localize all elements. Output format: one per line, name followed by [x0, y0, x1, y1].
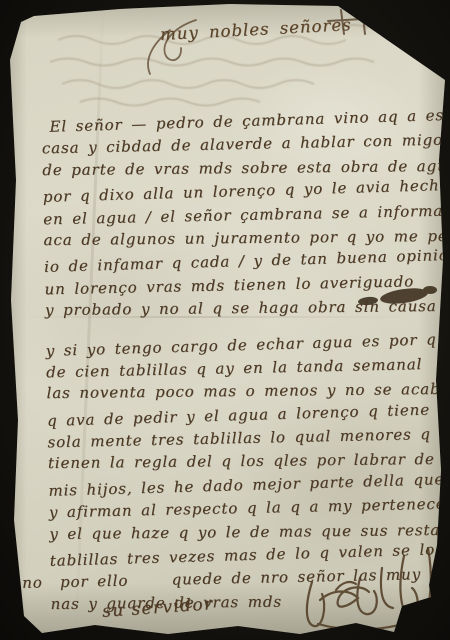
- manuscript-body: El señor — pedro de çambrana vino aq a e…: [41, 106, 449, 618]
- manuscript-heading: muy nobles señores: [160, 15, 352, 44]
- manuscript-line: y probado y no al q se haga obra sin cau…: [45, 295, 443, 323]
- manuscript-photo: muy nobles señores El señor — pedro de ç…: [0, 0, 450, 640]
- paper-sheet: muy nobles señores El señor — pedro de ç…: [0, 0, 450, 640]
